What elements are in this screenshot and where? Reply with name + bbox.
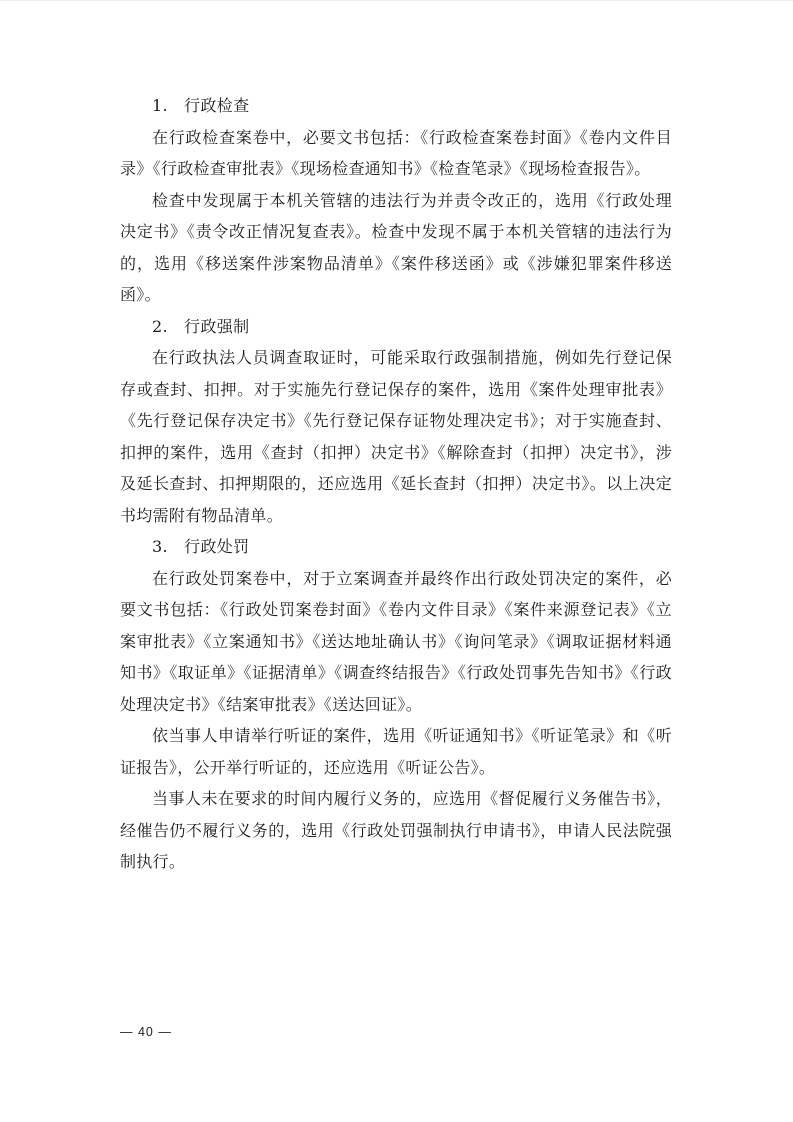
document-body: 1. 行政检查在行政检查案卷中，必要文书包括：《行政检查案卷封面》《卷内文件目录… — [120, 90, 672, 878]
body-paragraph: 当事人未在要求的时间内履行义务的，应选用《督促履行义务催告书》，经催告仍不履行义… — [120, 783, 672, 878]
body-paragraph: 在行政检查案卷中，必要文书包括：《行政检查案卷封面》《卷内文件目录》《行政检查审… — [120, 122, 672, 185]
body-paragraph: 检查中发现属于本机关管辖的违法行为并责令改正的，选用《行政处理决定书》《责令改正… — [120, 185, 672, 311]
section-heading: 3. 行政处罚 — [120, 531, 672, 563]
document-page: 1. 行政检查在行政检查案卷中，必要文书包括：《行政检查案卷封面》《卷内文件目录… — [0, 0, 793, 1122]
section-heading: 2. 行政强制 — [120, 311, 672, 343]
body-paragraph: 在行政处罚案卷中，对于立案调查并最终作出行政处罚决定的案件，必要文书包括：《行政… — [120, 563, 672, 721]
section-heading: 1. 行政检查 — [120, 90, 672, 122]
body-paragraph: 依当事人申请举行听证的案件，选用《听证通知书》《听证笔录》和《听证报告》，公开举… — [120, 720, 672, 783]
body-paragraph: 在行政执法人员调查取证时，可能采取行政强制措施，例如先行登记保存或查封、扣押。对… — [120, 342, 672, 531]
page-top-border — [0, 0, 793, 1]
page-number: — 40 — — [120, 1024, 172, 1040]
